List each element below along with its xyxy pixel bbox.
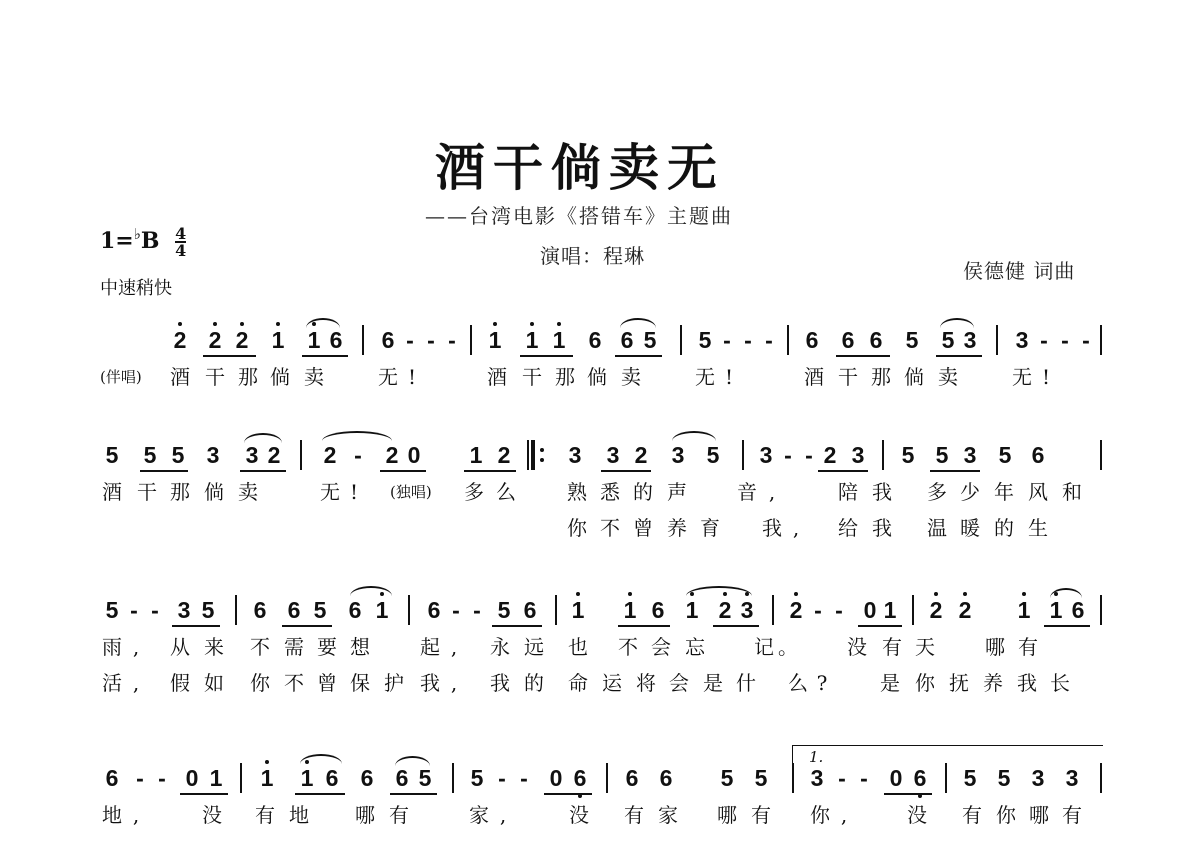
eighth-underline (936, 355, 982, 357)
lyric: 有 (749, 803, 773, 827)
note: 6 (378, 327, 398, 353)
lyric: 么 (786, 671, 810, 695)
lyric: 雨 (100, 635, 124, 659)
note: 3 (848, 442, 868, 468)
lyric: 是 (701, 671, 725, 695)
slur-arc (686, 586, 752, 596)
duration-dash: - (778, 442, 798, 468)
duration-dash: - (738, 327, 758, 353)
lyric: 有 (1060, 803, 1084, 827)
note: 6 (102, 765, 122, 791)
lyric: , (491, 803, 515, 827)
lyric: 风 (1026, 480, 1050, 504)
note: 0 (404, 442, 424, 468)
note: 6 (1028, 442, 1048, 468)
duration-dash: - (446, 597, 466, 623)
note: 6 (866, 327, 886, 353)
barline (912, 595, 914, 625)
note: 5 (902, 327, 922, 353)
lyric: 曾 (315, 671, 339, 695)
lyric: ! (717, 365, 741, 389)
slur-arc (940, 318, 974, 328)
note: 0 (182, 765, 202, 791)
lyric: 会 (649, 635, 673, 659)
barline (1100, 325, 1102, 355)
lyric: 有 (1016, 635, 1040, 659)
lyric: 运 (600, 671, 624, 695)
lyric: 育 (698, 516, 722, 540)
lyric: 来 (202, 635, 226, 659)
lyric: 养 (665, 516, 689, 540)
duration-dash: - (829, 597, 849, 623)
note: 6 (322, 765, 342, 791)
barline (362, 325, 364, 355)
lyric: , (832, 803, 856, 827)
lyric: , (784, 516, 808, 540)
duration-dash: - (1034, 327, 1054, 353)
note: 2 (320, 442, 340, 468)
lyric: 永 (488, 635, 512, 659)
lyric: 你 (913, 671, 937, 695)
note: 0 (546, 765, 566, 791)
note: 3 (603, 442, 623, 468)
slur-arc (620, 318, 656, 328)
note: 6 (617, 327, 637, 353)
lyric: , (760, 480, 784, 504)
lyric: 想 (348, 635, 372, 659)
lyric: 和 (1060, 480, 1084, 504)
duration-dash: - (717, 327, 737, 353)
lyric: 假 (168, 671, 192, 695)
eighth-underline (520, 355, 573, 357)
lyric: 我 (760, 516, 784, 540)
lyric: (独唱) (390, 480, 432, 504)
lyric: 将 (634, 671, 658, 695)
duration-dash: - (152, 765, 172, 791)
lyric: 干 (520, 365, 544, 389)
lyric: , (442, 635, 466, 659)
lyric: 无 (318, 480, 342, 504)
barline (1100, 595, 1102, 625)
note: 6 (357, 765, 377, 791)
tempo-marking: 中速稍快 (100, 274, 172, 300)
lyric: 我 (418, 671, 442, 695)
eighth-underline (282, 625, 332, 627)
lyric: 需 (282, 635, 306, 659)
lyric: 没 (567, 803, 591, 827)
eighth-underline (203, 355, 256, 357)
barline (772, 595, 774, 625)
note: 5 (198, 597, 218, 623)
slur-arc (395, 756, 430, 766)
note: 2 (382, 442, 402, 468)
note: 6 (585, 327, 605, 353)
lyric: 多 (462, 480, 486, 504)
barline (787, 325, 789, 355)
eighth-underline (713, 625, 759, 627)
barline (555, 595, 557, 625)
note: 5 (168, 442, 188, 468)
note: 1 (206, 765, 226, 791)
lyric: 没 (200, 803, 224, 827)
lyric: 家 (467, 803, 491, 827)
lyric: 那 (168, 480, 192, 504)
eighth-underline (302, 355, 348, 357)
note: 1 (568, 597, 588, 623)
note: 3 (960, 442, 980, 468)
note: 3 (1012, 327, 1032, 353)
lyric: 干 (203, 365, 227, 389)
slur-arc (1050, 588, 1082, 598)
lyric: 天 (913, 635, 937, 659)
note: 6 (345, 597, 365, 623)
lyric: , (442, 671, 466, 695)
note: 5 (938, 327, 958, 353)
note: 1 (620, 597, 640, 623)
barline (470, 325, 472, 355)
lyric: 不 (616, 635, 640, 659)
lyric: 那 (553, 365, 577, 389)
lyric: 地 (287, 803, 311, 827)
note: 1 (880, 597, 900, 623)
lyric: 那 (869, 365, 893, 389)
note: 2 (232, 327, 252, 353)
lyric: 我 (870, 516, 894, 540)
note: 6 (570, 765, 590, 791)
lyric: 无 (693, 365, 717, 389)
note: 6 (802, 327, 822, 353)
barline (452, 763, 454, 793)
note: 5 (494, 597, 514, 623)
note: 1 (466, 442, 486, 468)
lyric: 无 (1010, 365, 1034, 389)
barline (408, 595, 410, 625)
note: 6 (250, 597, 270, 623)
note: 6 (648, 597, 668, 623)
note: 5 (703, 442, 723, 468)
lyric: 不 (282, 671, 306, 695)
lyric: 没 (845, 635, 869, 659)
lyric: 酒 (168, 365, 192, 389)
note: 6 (1068, 597, 1088, 623)
note: 1 (1046, 597, 1066, 623)
note: 2 (715, 597, 735, 623)
note: 6 (838, 327, 858, 353)
lyric: 地 (100, 803, 124, 827)
eighth-underline (858, 625, 902, 627)
eighth-underline (140, 470, 188, 472)
eighth-underline (172, 625, 220, 627)
lyric: 养 (981, 671, 1005, 695)
note: 3 (174, 597, 194, 623)
duration-dash: - (421, 327, 441, 353)
key-prefix: 1= (100, 228, 134, 254)
barline (996, 325, 998, 355)
eighth-underline (492, 625, 542, 627)
note: 1 (682, 597, 702, 623)
eighth-underline (544, 793, 592, 795)
note: 5 (415, 765, 435, 791)
duration-dash: - (1076, 327, 1096, 353)
lyric: 熟 (565, 480, 589, 504)
note: 0 (860, 597, 880, 623)
lyric: 也 (566, 635, 590, 659)
lyric: 的 (522, 671, 546, 695)
lyric: 抚 (947, 671, 971, 695)
lyric: 哪 (353, 803, 377, 827)
eighth-underline (818, 470, 868, 472)
eighth-underline (240, 470, 286, 472)
lyric: 酒 (485, 365, 509, 389)
note: 1 (1014, 597, 1034, 623)
lyric: 什 (734, 671, 758, 695)
song-title: 酒干倘卖无 (435, 128, 725, 200)
note: 5 (102, 597, 122, 623)
eighth-underline (930, 470, 980, 472)
lyric: , (124, 635, 148, 659)
song-subtitle: ——台湾电影《搭错车》主题曲 (425, 200, 733, 229)
lyric: 会 (667, 671, 691, 695)
note: 1 (304, 327, 324, 353)
lyric: 不 (598, 516, 622, 540)
note: 2 (264, 442, 284, 468)
lyric: 有 (960, 803, 984, 827)
lyric: 卖 (302, 365, 326, 389)
lyric: 忘 (683, 635, 707, 659)
note: 3 (203, 442, 223, 468)
lyric: 没 (905, 803, 929, 827)
lyric: 给 (836, 516, 860, 540)
lyric: 长 (1048, 671, 1072, 695)
eighth-underline (295, 793, 345, 795)
lyric: 你 (808, 803, 832, 827)
duration-dash: - (1055, 327, 1075, 353)
lyric: 你 (565, 516, 589, 540)
slur-arc (300, 754, 342, 764)
lyric: 哪 (715, 803, 739, 827)
lyric: 多 (925, 480, 949, 504)
slur-arc (244, 433, 282, 443)
note: 2 (926, 597, 946, 623)
note: 6 (520, 597, 540, 623)
eighth-underline (390, 793, 437, 795)
barline (742, 440, 744, 470)
note: 5 (717, 765, 737, 791)
lyric: 暖 (958, 516, 982, 540)
lyric: 你 (248, 671, 272, 695)
note: 6 (622, 765, 642, 791)
note: 2 (631, 442, 651, 468)
note: 3 (756, 442, 776, 468)
note: 5 (102, 442, 122, 468)
lyric: 记 (752, 635, 776, 659)
lyric: 那 (236, 365, 260, 389)
lyric: 卖 (619, 365, 643, 389)
lyric: 生 (1026, 516, 1050, 540)
lyric: 无 (376, 365, 400, 389)
singer-credit: 演唱：程琳 (540, 240, 645, 269)
barline (680, 325, 682, 355)
composer-credit: 侯德健 词曲 (963, 255, 1075, 284)
duration-dash: - (759, 327, 779, 353)
note: 5 (140, 442, 160, 468)
eighth-underline (601, 470, 651, 472)
note: 1 (268, 327, 288, 353)
lyric: 年 (992, 480, 1016, 504)
note: 6 (326, 327, 346, 353)
note: 5 (640, 327, 660, 353)
lyric: 有 (253, 803, 277, 827)
note: 2 (494, 442, 514, 468)
lyric: 陪 (836, 480, 860, 504)
lyric: 倘 (202, 480, 226, 504)
time-signature: 4 4 (175, 226, 186, 258)
lyric: 我 (870, 480, 894, 504)
lyric: 有 (880, 635, 904, 659)
lyric: 远 (522, 635, 546, 659)
slur-arc (322, 431, 392, 441)
eighth-underline (884, 793, 932, 795)
lyric: ! (342, 480, 366, 504)
lyric: 你 (994, 803, 1018, 827)
note: 2 (820, 442, 840, 468)
lyric: 酒 (802, 365, 826, 389)
lyric: ! (400, 365, 424, 389)
duration-dash: - (808, 597, 828, 623)
lyric: 有 (387, 803, 411, 827)
lyric: 我 (488, 671, 512, 695)
lyric: 是 (878, 671, 902, 695)
eighth-underline (464, 470, 516, 472)
note: 5 (995, 442, 1015, 468)
lyric: 。 (776, 635, 800, 659)
duration-dash: - (145, 597, 165, 623)
lyric: 倘 (585, 365, 609, 389)
lyric: 酒 (100, 480, 124, 504)
eighth-underline (180, 793, 228, 795)
lyric: 我 (1015, 671, 1039, 695)
slur-arc (350, 586, 392, 596)
note: 6 (656, 765, 676, 791)
flat-icon: ♭ (134, 225, 141, 243)
lyric: 的 (992, 516, 1016, 540)
lyric: (伴唱) (100, 365, 142, 389)
lyric: 要 (315, 635, 339, 659)
eighth-underline (618, 625, 670, 627)
lyric: 悉 (598, 480, 622, 504)
volta-label: 1. (809, 748, 823, 766)
lyric: 倘 (268, 365, 292, 389)
note: 3 (242, 442, 262, 468)
lyric: 温 (925, 516, 949, 540)
duration-dash: - (442, 327, 462, 353)
duration-dash: - (124, 597, 144, 623)
note: 1 (522, 327, 542, 353)
lyric: 卖 (236, 480, 260, 504)
barline (882, 440, 884, 470)
lyric: 如 (202, 671, 226, 695)
duration-dash: - (492, 765, 512, 791)
lyric: ! (1034, 365, 1058, 389)
lyric: 命 (566, 671, 590, 695)
key-signature: 1=♭B 4 4 (100, 225, 186, 258)
lyric: 哪 (1027, 803, 1051, 827)
lyric: 有 (622, 803, 646, 827)
lyric: 不 (248, 635, 272, 659)
key-note: B (141, 228, 160, 254)
lyric: ? (810, 671, 834, 695)
note: 1 (257, 765, 277, 791)
lyric: 起 (418, 635, 442, 659)
note: 5 (310, 597, 330, 623)
note: 1 (485, 327, 505, 353)
eighth-underline (836, 355, 890, 357)
lyric: 干 (836, 365, 860, 389)
note: 3 (668, 442, 688, 468)
note: 1 (297, 765, 317, 791)
lyric: 声 (665, 480, 689, 504)
barline (235, 595, 237, 625)
note: 3 (737, 597, 757, 623)
note: 5 (751, 765, 771, 791)
barline (1100, 440, 1102, 470)
eighth-underline (380, 470, 426, 472)
note: 6 (392, 765, 412, 791)
eighth-underline (1044, 625, 1090, 627)
duration-dash: - (130, 765, 150, 791)
note: 2 (786, 597, 806, 623)
duration-dash: - (514, 765, 534, 791)
note: 3 (960, 327, 980, 353)
duration-dash: - (467, 597, 487, 623)
lyric: 干 (135, 480, 159, 504)
lyric: 保 (348, 671, 372, 695)
lyric: , (124, 671, 148, 695)
note: 2 (205, 327, 225, 353)
lyric: 么 (494, 480, 518, 504)
volta-bracket: 1. (792, 745, 1103, 772)
lyric: 活 (100, 671, 124, 695)
lyric: 卖 (936, 365, 960, 389)
time-denominator: 4 (175, 243, 186, 258)
note: 6 (284, 597, 304, 623)
eighth-underline (615, 355, 662, 357)
note: 5 (898, 442, 918, 468)
lyric: 的 (631, 480, 655, 504)
lyric: 家 (656, 803, 680, 827)
duration-dash: - (799, 442, 819, 468)
slur-arc (672, 431, 716, 441)
duration-dash: - (400, 327, 420, 353)
note: 1 (372, 597, 392, 623)
note: 5 (695, 327, 715, 353)
note: 3 (565, 442, 585, 468)
lyric: 倘 (902, 365, 926, 389)
barline (300, 440, 302, 470)
barline (240, 763, 242, 793)
lyric: , (124, 803, 148, 827)
note: 5 (932, 442, 952, 468)
barline (606, 763, 608, 793)
lyric: 哪 (983, 635, 1007, 659)
lyric: 护 (382, 671, 406, 695)
lyric: 音 (735, 480, 759, 504)
lyric: 从 (168, 635, 192, 659)
note: 1 (549, 327, 569, 353)
note: 5 (467, 765, 487, 791)
duration-dash: - (348, 442, 368, 468)
slur-arc (306, 318, 340, 328)
